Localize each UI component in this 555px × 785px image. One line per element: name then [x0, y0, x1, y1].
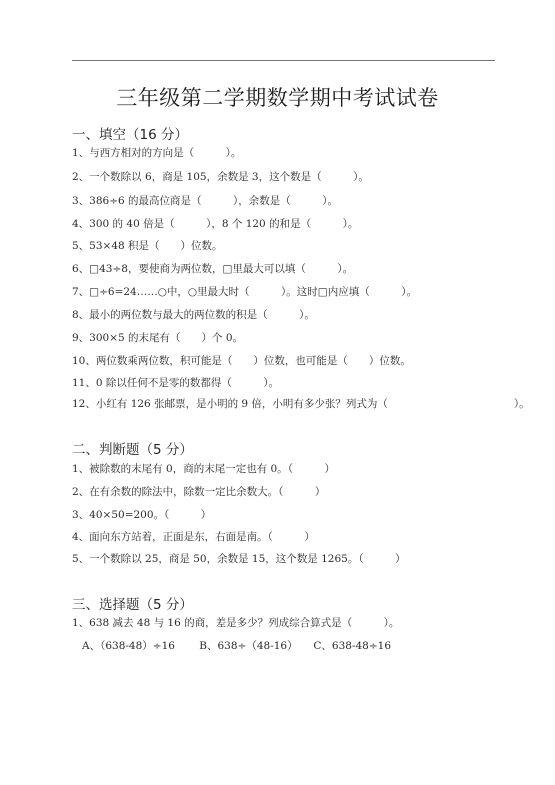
header-rule [72, 60, 495, 61]
question-1-1: 1、与西方相对的方向是（ ）。 [72, 145, 241, 160]
question-2-2: 2、在有余数的除法中，除数一定比余数大。（ ） [72, 484, 325, 499]
question-3-1-options: A、（638-48）÷16 B、638÷（48-16） C、638-48÷16 [82, 638, 391, 653]
question-3-1: 1、638 减去 48 与 16 的商，差是多少？列成综合算式是（ ）。 [72, 615, 399, 630]
question-2-3: 3、40×50=200。（ ） [72, 507, 211, 522]
page-title: 三年级第二学期数学期中考试试卷 [0, 82, 555, 112]
question-1-5: 5、53×48 积是（ ）位数。 [72, 238, 223, 253]
question-2-1: 1、被除数的末尾有 0，商的末尾一定也有 0。（ ） [72, 461, 335, 476]
section-heading-multiple-choice: 三、选择题（5 分） [72, 593, 193, 613]
section-heading-fill-blank: 一、填空（16 分） [72, 123, 188, 143]
question-1-8: 8、最小的两位数与最大的两位数的积是（ ）。 [72, 307, 315, 322]
question-1-2: 2、一个数除以 6，商是 105，余数是 3，这个数是（ ）。 [72, 169, 369, 184]
question-1-3: 3、386÷6 的最高位商是（ ），余数是（ ）。 [72, 193, 338, 208]
question-1-6: 6、□43÷8，要使商为两位数，□里最大可以填（ ）。 [72, 261, 353, 276]
question-2-5: 5、一个数除以 25，商是 50，余数是 15，这个数是 1265。（ ） [72, 551, 406, 566]
section-heading-true-false: 二、判断题（5 分） [72, 438, 193, 458]
question-2-4: 4、面向东方站着，正面是东，右面是南。（ ） [72, 529, 315, 544]
question-1-11: 11、0 除以任何不是零的数都得（ ）。 [72, 375, 279, 390]
question-1-7: 7、□÷6=24……○中，○里最大时（ ）。这时□内应填（ ）。 [72, 284, 417, 299]
question-1-4: 4、300 的 40 倍是（ ），8 个 120 的和是（ ）。 [72, 216, 358, 231]
question-1-12: 12、小红有 126 张邮票，是小明的 9 倍，小明有多少张？列式为（ ）。 [72, 396, 530, 411]
question-1-9: 9、300×5 的末尾有（ ）个 0。 [72, 330, 243, 345]
question-1-10: 10、两位数乘两位数，积可能是（ ）位数，也可能是（ ）位数。 [72, 353, 411, 368]
